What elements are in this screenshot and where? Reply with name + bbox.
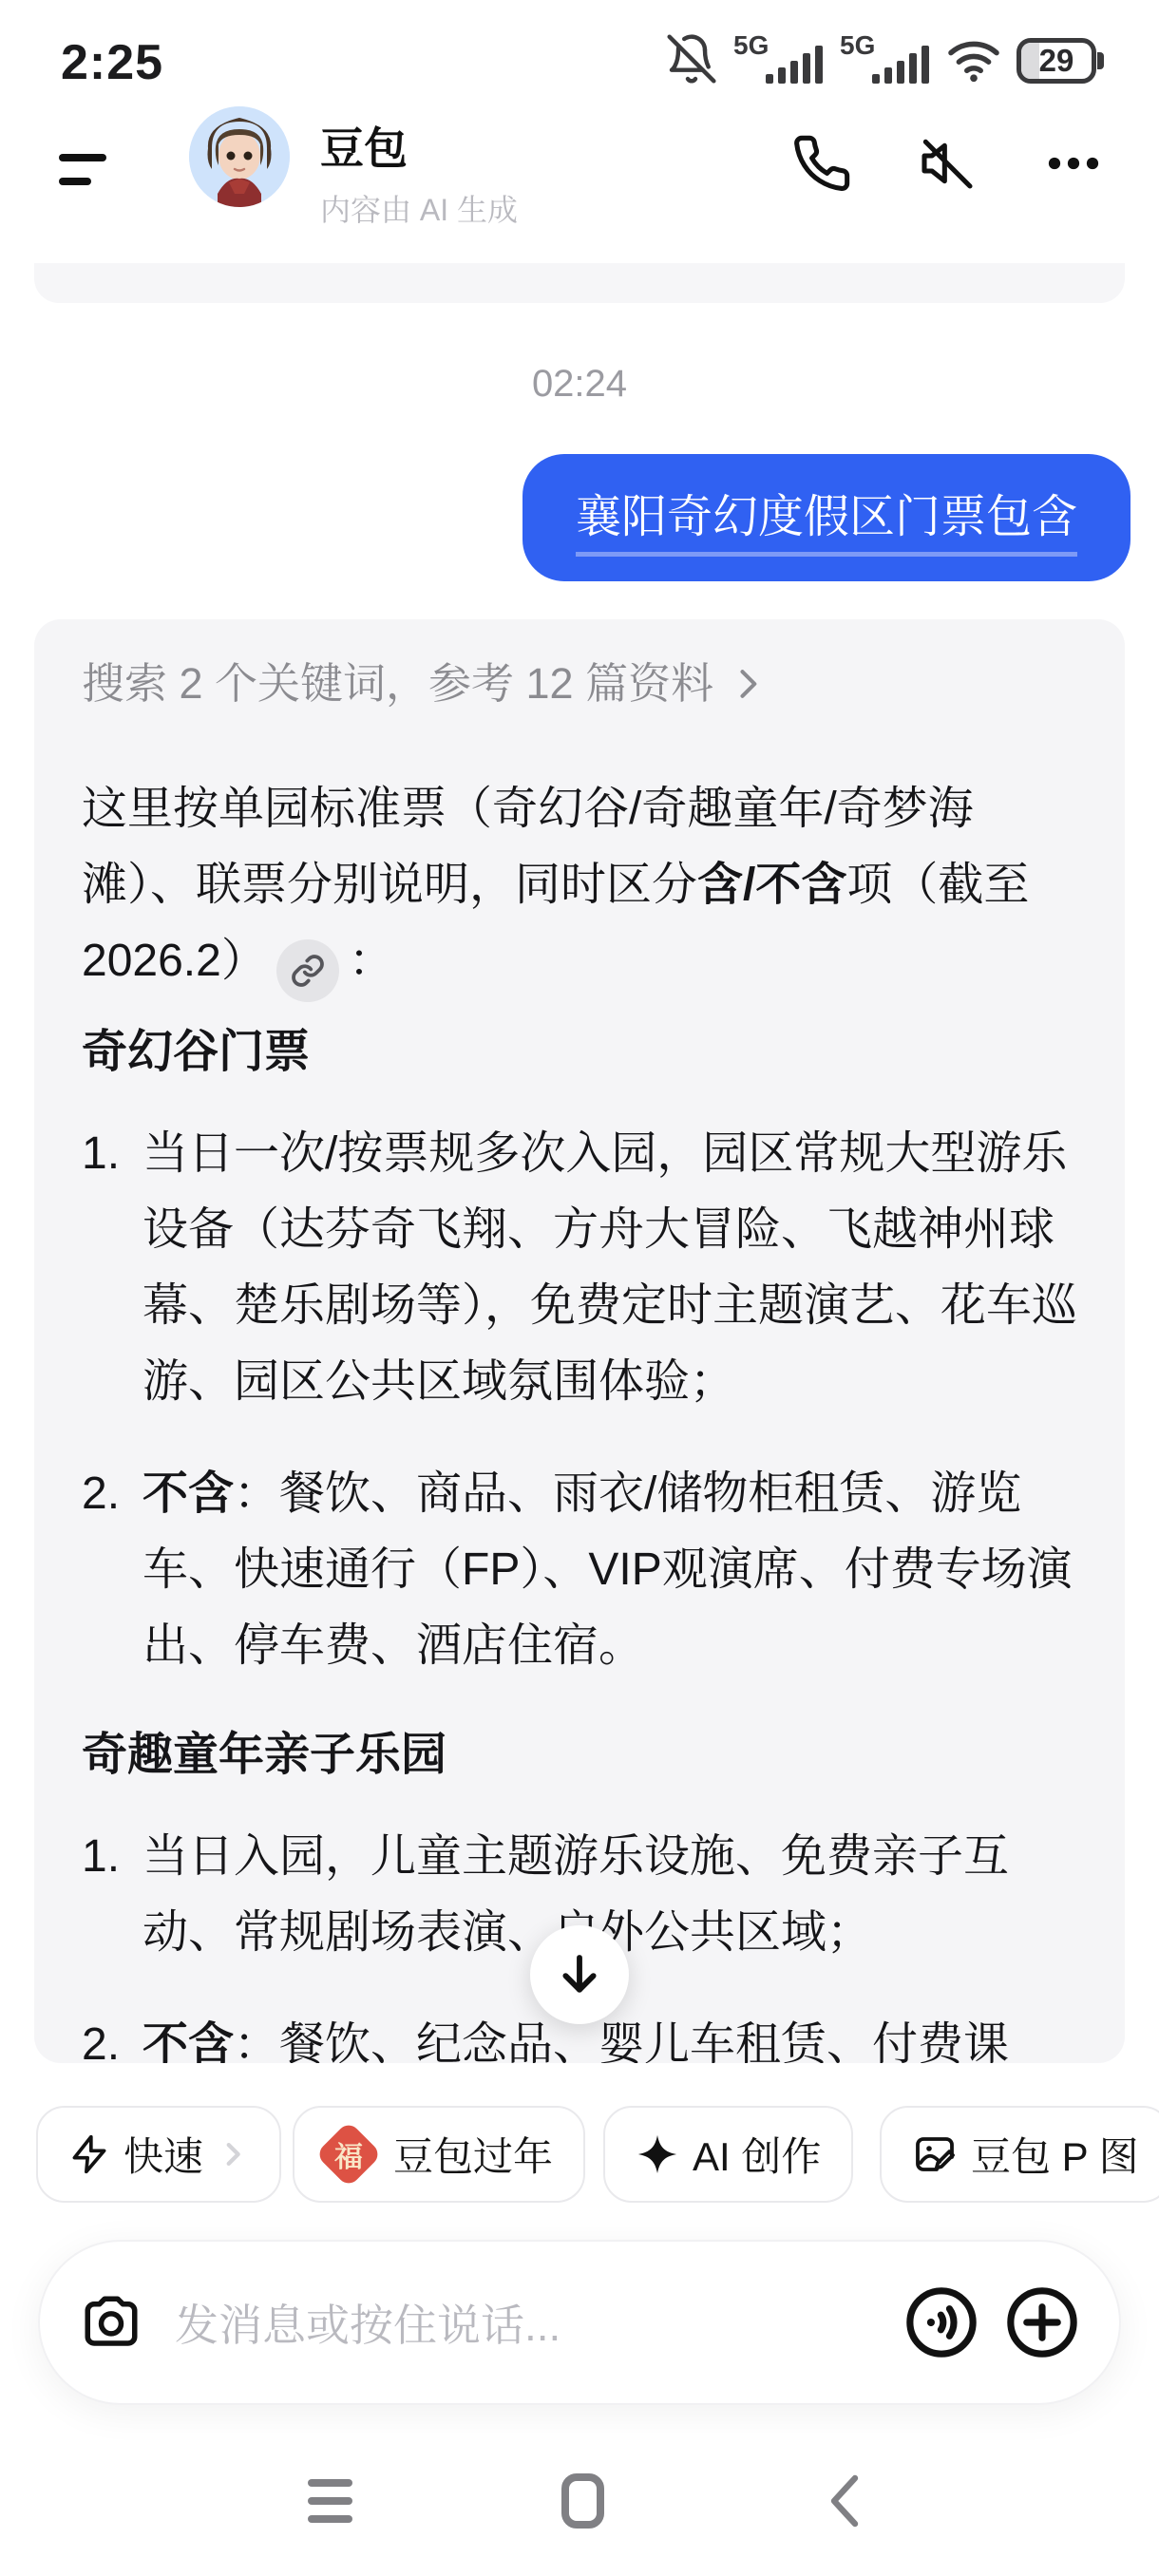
battery-percent: 29 xyxy=(1021,43,1092,79)
shortcut-chips-row: 快速 福 豆包过年 AI 创作 豆包 P 图 xyxy=(0,2106,1159,2203)
reference-link-icon[interactable] xyxy=(276,939,339,1002)
cellular-signal-icon-1: 5G xyxy=(733,32,825,85)
user-message-text: 襄阳奇幻度假区门票包含 xyxy=(576,480,1077,557)
section-heading: 奇趣童年亲子乐园 xyxy=(82,1726,1077,1785)
section-heading: 奇幻谷门票 xyxy=(82,1023,1077,1082)
lightning-icon xyxy=(68,2133,110,2175)
voice-call-button[interactable] xyxy=(791,133,852,194)
android-navigation-bar xyxy=(0,2466,1159,2551)
battery-icon: 29 xyxy=(1016,38,1104,84)
status-icons: 5G 5G xyxy=(665,32,1104,85)
home-button[interactable] xyxy=(561,2473,604,2529)
doubao-new-year-chip[interactable]: 福 豆包过年 xyxy=(293,2106,585,2203)
assistant-message-card: 搜索 2 个关键词，参考 12 篇资料 这里按单园标准票（奇幻谷/奇趣童年/奇梦… xyxy=(34,619,1125,2063)
list-item: 2. 不含：餐饮、商品、雨衣/储物柜租赁、游览车、快速通行（FP）、VIP观演席… xyxy=(82,1456,1077,1684)
chevron-right-icon xyxy=(727,663,769,705)
message-timestamp: 02:24 xyxy=(0,363,1159,406)
list-item: 1. 当日一次/按票规多次入园，园区常规大型游乐设备（达芬奇飞翔、方舟大冒险、飞… xyxy=(82,1116,1077,1420)
arrow-down-icon xyxy=(554,1949,605,2000)
ai-disclaimer: 内容由 AI 生成 xyxy=(320,186,518,230)
voice-wave-icon[interactable] xyxy=(904,2285,978,2359)
scroll-to-bottom-button[interactable] xyxy=(530,1925,629,2024)
more-options-button[interactable] xyxy=(1043,133,1104,194)
back-button[interactable] xyxy=(828,2473,861,2529)
quick-actions-chip[interactable]: 快速 xyxy=(36,2106,281,2203)
fu-badge-icon: 福 xyxy=(315,2121,383,2188)
ticket-includes-list: 1. 当日一次/按票规多次入园，园区常规大型游乐设备（达芬奇飞翔、方舟大冒险、飞… xyxy=(82,1116,1077,1684)
message-composer[interactable]: 发消息或按住说话... xyxy=(38,2240,1121,2405)
wifi-icon xyxy=(946,38,1001,84)
assistant-avatar[interactable] xyxy=(189,106,290,207)
chevron-right-icon xyxy=(217,2138,249,2170)
message-input[interactable]: 发消息或按住说话... xyxy=(175,2291,904,2354)
ai-create-chip[interactable]: AI 创作 xyxy=(603,2106,853,2203)
photo-edit-icon xyxy=(912,2131,958,2177)
user-message-bubble[interactable]: 襄阳奇幻度假区门票包含 xyxy=(522,454,1130,581)
plus-icon[interactable] xyxy=(1005,2285,1079,2359)
chat-header: 豆包 内容由 AI 生成 xyxy=(0,99,1159,258)
voice-off-button[interactable] xyxy=(917,133,978,194)
intro-paragraph: 这里按单园标准票（奇幻谷/奇趣童年/奇梦海滩）、联票分别说明，同时区分含/不含项… xyxy=(82,771,1077,1002)
sparkle-icon xyxy=(636,2132,679,2176)
recents-button[interactable] xyxy=(308,2479,352,2523)
status-bar: 2:25 5G 5G xyxy=(0,0,1159,99)
assistant-name: 豆包 xyxy=(320,114,518,177)
previous-message-card-edge xyxy=(34,263,1125,303)
notifications-off-icon xyxy=(665,32,718,85)
camera-icon[interactable] xyxy=(80,2291,142,2354)
sidebar-menu-button[interactable] xyxy=(59,154,108,192)
cellular-signal-icon-2: 5G xyxy=(840,32,931,85)
search-references-row[interactable]: 搜索 2 个关键词，参考 12 篇资料 xyxy=(82,657,1077,710)
search-summary-text: 搜索 2 个关键词，参考 12 篇资料 xyxy=(82,657,713,710)
clock: 2:25 xyxy=(61,34,163,91)
doubao-photo-edit-chip[interactable]: 豆包 P 图 xyxy=(880,2106,1159,2203)
